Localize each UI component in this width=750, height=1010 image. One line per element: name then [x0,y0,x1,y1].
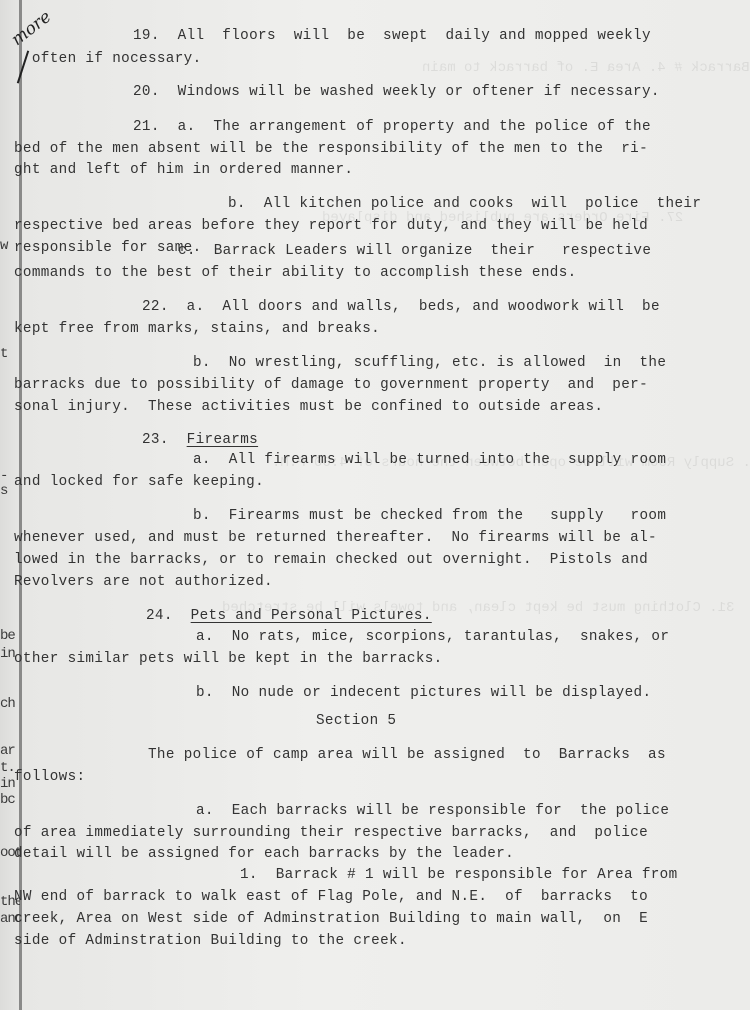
rule-23a-line-2: and locked for safe keeping. [14,474,264,490]
margin-fragment: t [0,346,20,362]
rule-22b-line-2: barracks due to possibility of damage to… [14,377,648,393]
rule-19-line-1: 19. All floors will be swept daily and m… [133,28,651,44]
rule-21a-line-3: ght and left of him in ordered manner. [14,162,353,178]
barrack-1-line-2: NW end of barrack to walk east of Flag P… [14,889,648,905]
rule-24b: b. No nude or indecent pictures will be … [196,685,651,701]
rule-23b-line-3: lowed in the barracks, or to remain chec… [14,552,648,568]
rule-23b-line-2: whenever used, and must be returned ther… [14,530,657,546]
margin-fragment: ch [0,696,20,712]
rule-23b-line-4: Revolvers are not authorized. [14,574,273,590]
rule-21a-line-1: 21. a. The arrangement of property and t… [133,119,651,135]
section-heading-firearms: Firearms [187,432,258,448]
margin-fragment: ar [0,743,20,759]
rule-number: 23. [142,432,187,448]
rule-19-line-2: often if nocessary. [14,51,202,67]
rule-23-heading: 23. Firearms [142,432,258,448]
section-5a-line-3: detail will be assigned for each barrack… [14,846,514,862]
section-5a-line-2: of area immediately surrounding their re… [14,825,648,841]
rule-24a-line-1: a. No rats, mice, scorpions, tarantulas,… [196,629,669,645]
rule-21b-line-3: responsible for same. [14,240,202,256]
rule-24a-line-2: other similar pets will be kept in the b… [14,651,443,667]
section-heading-pets: Pets and Personal Pictures. [191,608,432,624]
bleed-through-text: a. Barrack # 4. Area E. of barrack to ma… [422,60,750,76]
section-5-intro-line-2: follows: [14,769,85,785]
rule-number: 24. [146,608,191,624]
barrack-1-line-4: side of Adminstration Building to the cr… [14,933,407,949]
section-title: Section 5 [316,713,396,729]
rule-24-heading: 24. Pets and Personal Pictures. [146,608,432,624]
barrack-1-line-3: creek, Area on West side of Adminstratio… [14,911,648,927]
rule-22b-line-1: b. No wrestling, scuffling, etc. is allo… [193,355,666,371]
rule-23a-line-1: a. All firearms will be turned into the … [193,452,666,468]
rule-23b-line-1: b. Firearms must be checked from the sup… [193,508,666,524]
section-5a-line-1: a. Each barracks will be responsible for… [196,803,669,819]
margin-fragment: be [0,628,20,644]
rule-21b-line-1: b. All kitchen police and cooks will pol… [228,196,701,212]
rule-21b-line-2: respective bed areas before they report … [14,218,648,234]
rule-21c-line-2: commands to the best of their ability to… [14,265,577,281]
rule-21a-line-2: bed of the men absent will be the respon… [14,141,648,157]
margin-fragment: bc [0,792,20,808]
section-5-intro-line-1: The police of camp area will be assigned… [148,747,666,763]
rule-20: 20. Windows will be washed weekly or oft… [133,84,660,100]
rule-22b-line-3: sonal injury. These activities must be c… [14,399,603,415]
rule-21c-line-1: c. Barrack Leaders will organize their r… [178,243,651,259]
rule-22a-line-2: kept free from marks, stains, and breaks… [14,321,380,337]
barrack-1-line-1: 1. Barrack # 1 will be responsible for A… [240,867,678,883]
rule-22a-line-1: 22. a. All doors and walls, beds, and wo… [142,299,660,315]
